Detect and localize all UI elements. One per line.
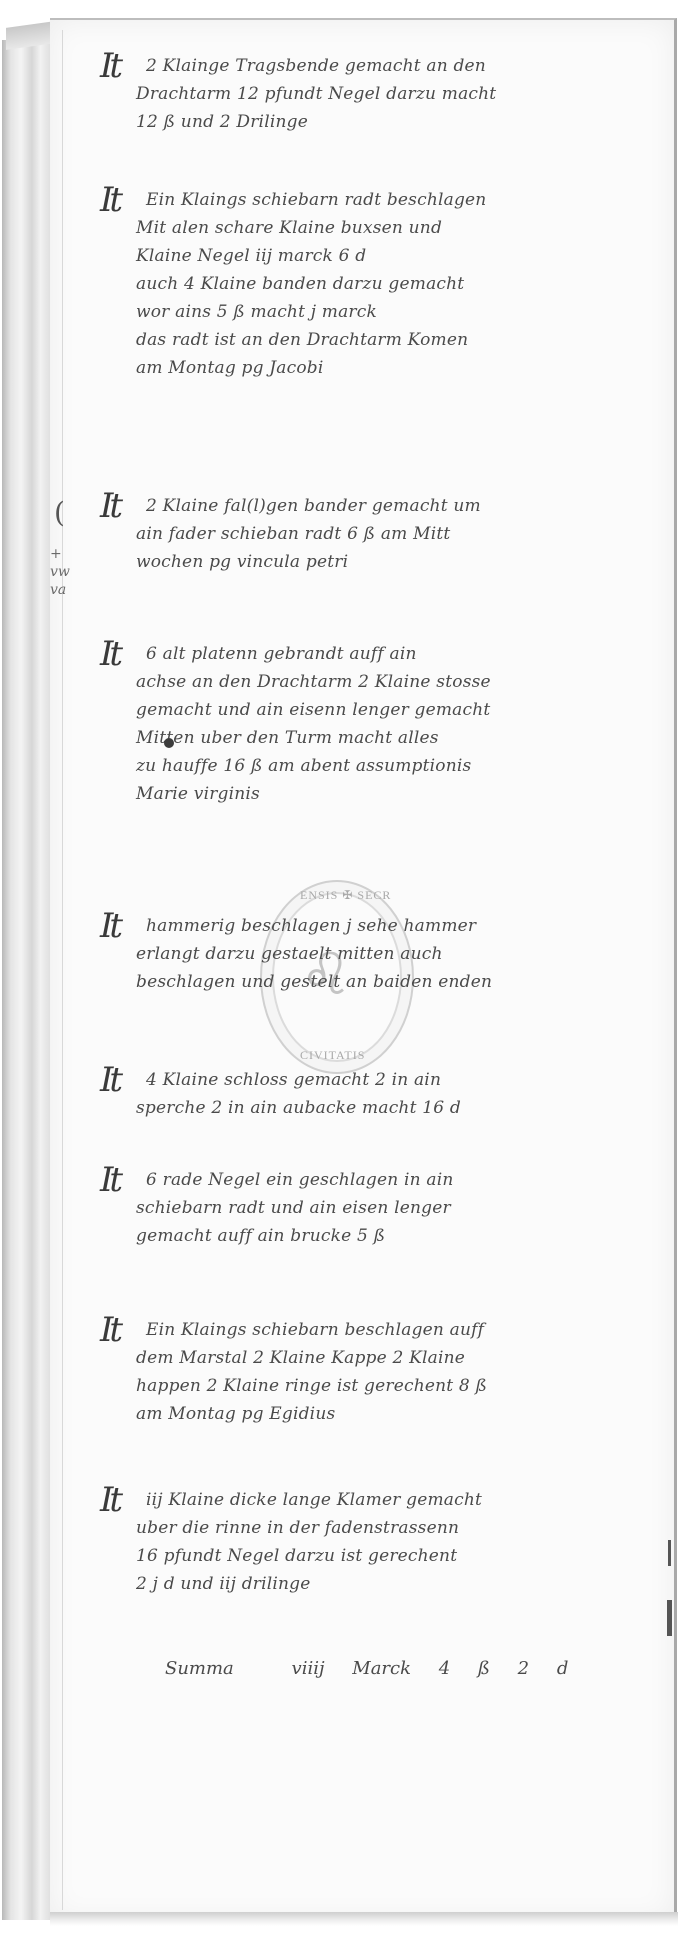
entry-line: Ein Klaings schiebarn radt beschlagen <box>146 186 660 214</box>
account-entry: It 4 Klaine schloss gemacht 2 in ain spe… <box>100 1066 660 1122</box>
entry-line: dem Marstal 2 Klaine Kappe 2 Klaine <box>136 1344 660 1372</box>
entry-line: Mit alen schare Klaine buxsen und <box>136 214 660 242</box>
page-fold-line <box>62 30 63 1910</box>
item-marker: It <box>100 1160 119 1200</box>
item-marker: It <box>100 906 119 946</box>
account-entry: It hammerig beschlagen j sehe hammer erl… <box>100 912 660 996</box>
entry-line: Marie virginis <box>136 780 660 808</box>
margin-note-line: va <box>50 581 70 599</box>
total-amount: viiij Marck 4 ß 2 d <box>292 1658 569 1679</box>
entry-line: erlangt darzu gestaelt mitten auch <box>136 940 660 968</box>
entry-line: Klaine Negel iij marck 6 d <box>136 242 660 270</box>
item-marker: It <box>100 1310 119 1350</box>
account-entry: It iij Klaine dicke lange Klamer gemacht… <box>100 1486 660 1598</box>
book-binding <box>2 40 50 1920</box>
entry-line: gemacht und ain eisenn lenger gemacht <box>136 696 660 724</box>
page-total: Summa viiij Marck 4 ß 2 d <box>165 1658 568 1679</box>
entry-line: Mitten uber den Turm macht alles <box>136 724 660 752</box>
margin-note-line: vw <box>50 563 70 581</box>
entry-line: 12 ß und 2 Drilinge <box>136 108 660 136</box>
seal-top-inscription: ENSIS ✠ SECR <box>300 888 391 903</box>
item-marker: It <box>100 46 119 86</box>
entry-line: Drachtarm 12 pfundt Negel darzu macht <box>136 80 660 108</box>
item-marker: It <box>100 1480 119 1520</box>
entry-line: das radt ist an den Drachtarm Komen <box>136 326 660 354</box>
item-marker: It <box>100 634 119 674</box>
entry-line: 6 alt platenn gebrandt auff ain <box>146 640 660 668</box>
entry-line: achse an den Drachtarm 2 Klaine stosse <box>136 668 660 696</box>
entry-line: 2 Klainge Tragsbende gemacht an den <box>146 52 660 80</box>
ink-blot <box>164 738 174 748</box>
item-marker: It <box>100 180 119 220</box>
account-entry: It 6 alt platenn gebrandt auff ain achse… <box>100 640 660 808</box>
account-entry: It Ein Klaings schiebarn beschlagen auff… <box>100 1316 660 1428</box>
entry-line: hammerig beschlagen j sehe hammer <box>146 912 660 940</box>
entry-line: zu hauffe 16 ß am abent assumptionis <box>136 752 660 780</box>
entry-line: 6 rade Negel ein geschlagen in ain <box>146 1166 660 1194</box>
entry-line: beschlagen und gestelt an baiden enden <box>136 968 660 996</box>
entry-line: auch 4 Klaine banden darzu gemacht <box>136 270 660 298</box>
edge-mark <box>668 1540 671 1566</box>
seal-bottom-inscription: CIVITATIS <box>300 1048 365 1063</box>
account-entry: It 2 Klainge Tragsbende gemacht an den D… <box>100 52 660 136</box>
item-marker: It <box>100 486 119 526</box>
entry-line: gemacht auff ain brucke 5 ß <box>136 1222 660 1250</box>
margin-bracket: ( <box>54 496 65 529</box>
entry-line: happen 2 Klaine ringe ist gerechent 8 ß <box>136 1372 660 1400</box>
entry-line: ain fader schieban radt 6 ß am Mitt <box>136 520 660 548</box>
entry-line: 2 j d und iij drilinge <box>136 1570 660 1598</box>
page-bottom-edge <box>50 1912 678 1926</box>
entry-line: 4 Klaine schloss gemacht 2 in ain <box>146 1066 660 1094</box>
entry-line: schiebarn radt und ain eisen lenger <box>136 1194 660 1222</box>
entry-line: wochen pg vincula petri <box>136 548 660 576</box>
total-label: Summa <box>165 1658 234 1679</box>
margin-note: + vw va <box>50 545 70 599</box>
account-entry: It 2 Klaine fal(l)gen bander gemacht um … <box>100 492 660 576</box>
entry-line: sperche 2 in ain aubacke macht 16 d <box>136 1094 660 1122</box>
margin-note-line: + <box>50 545 70 563</box>
account-entry: It Ein Klaings schiebarn radt beschlagen… <box>100 186 660 382</box>
entry-line: uber die rinne in der fadenstrassenn <box>136 1514 660 1542</box>
entry-line: Ein Klaings schiebarn beschlagen auff <box>146 1316 660 1344</box>
entry-line: 16 pfundt Negel darzu ist gerechent <box>136 1542 660 1570</box>
manuscript-scan: ENSIS ✠ SECR ♌ CIVITATIS ( + vw va It 2 … <box>0 0 688 1946</box>
entry-line: iij Klaine dicke lange Klamer gemacht <box>146 1486 660 1514</box>
entry-line: am Montag pg Egidius <box>136 1400 660 1428</box>
item-marker: It <box>100 1060 119 1100</box>
entry-line: wor ains 5 ß macht j marck <box>136 298 660 326</box>
entry-line: am Montag pg Jacobi <box>136 354 660 382</box>
account-entry: It 6 rade Negel ein geschlagen in ain sc… <box>100 1166 660 1250</box>
entry-line: 2 Klaine fal(l)gen bander gemacht um <box>146 492 660 520</box>
edge-mark <box>667 1600 672 1636</box>
